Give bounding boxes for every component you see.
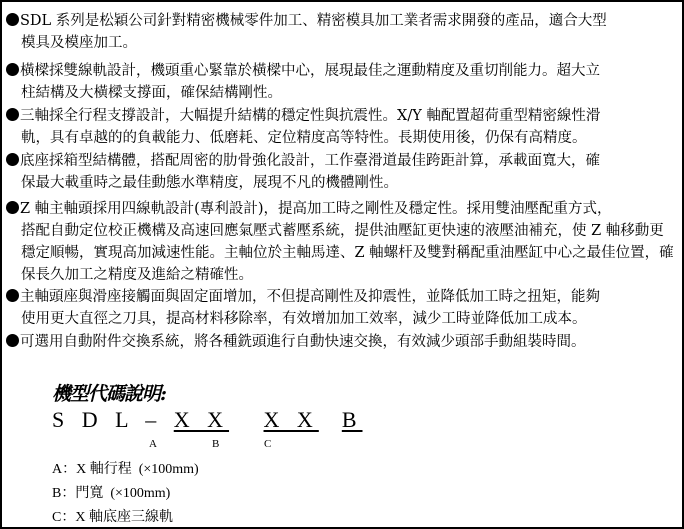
feature-paragraph-4: 底座採箱型結構體，搭配周密的肋骨強化設計，工作臺滑道最佳跨距計算，承載面寬大，確… — [6, 150, 676, 194]
feature-paragraph-2: 橫樑採雙線軌設計，機頭重心緊靠於橫樑中心，展現最佳之運動精度及重切削能力。超大立… — [6, 60, 676, 104]
segment-label-c: C — [264, 438, 271, 450]
feature-paragraph-1: SDL 系列是松穎公司針對精密機械零件加工、精密模具加工業者需求開發的產品，適合… — [6, 10, 676, 54]
bullet-icon — [6, 334, 19, 347]
feature-paragraph-5: Z 軸主軸頭採用四線軌設計(專利設計)，提高加工時之剛性及穩定性。採用雙油壓配重… — [6, 198, 676, 286]
feature-paragraph-3: 三軸採全行程支撐設計，大幅提升結構的穩定性與抗震性。X/Y 軸配置超荷重型精密線… — [6, 105, 676, 149]
segment-label-a: A — [149, 438, 157, 450]
bullet-icon — [6, 108, 19, 121]
feature-paragraph-6: 主軸頭座與滑座接觸面與固定面增加，不但提高剛性及抑震性，並降低加工時之扭矩，能夠… — [6, 286, 676, 330]
bullet-icon — [6, 63, 19, 76]
model-code-segment-c: B — [342, 407, 363, 432]
bullet-icon — [6, 13, 19, 26]
model-code-title: 機型代碼說明: — [52, 379, 166, 406]
legend-b: B：門寬 (×100mm) — [52, 482, 170, 502]
feature-paragraph-7: 可選用自動附件交換系統，將各種銑頭進行自動快速交換，有效減少頭部手動組裝時間。 — [6, 331, 676, 353]
model-code-pattern: S D L – X X X X B — [52, 407, 363, 433]
legend-a: A：X 軸行程 (×100mm) — [52, 458, 199, 478]
segment-label-b: B — [212, 438, 219, 450]
model-code-segment-b: X X — [264, 407, 319, 432]
bullet-icon — [6, 201, 19, 214]
model-code-prefix: S D L – — [52, 407, 162, 432]
legend-c: C：X 軸底座三線軌 — [52, 506, 173, 526]
spec-document-panel: SDL 系列是松穎公司針對精密機械零件加工、精密模具加工業者需求開發的產品，適合… — [0, 0, 684, 529]
bullet-icon — [6, 289, 19, 302]
bullet-icon — [6, 153, 19, 166]
model-code-segment-a: X X — [174, 407, 229, 432]
